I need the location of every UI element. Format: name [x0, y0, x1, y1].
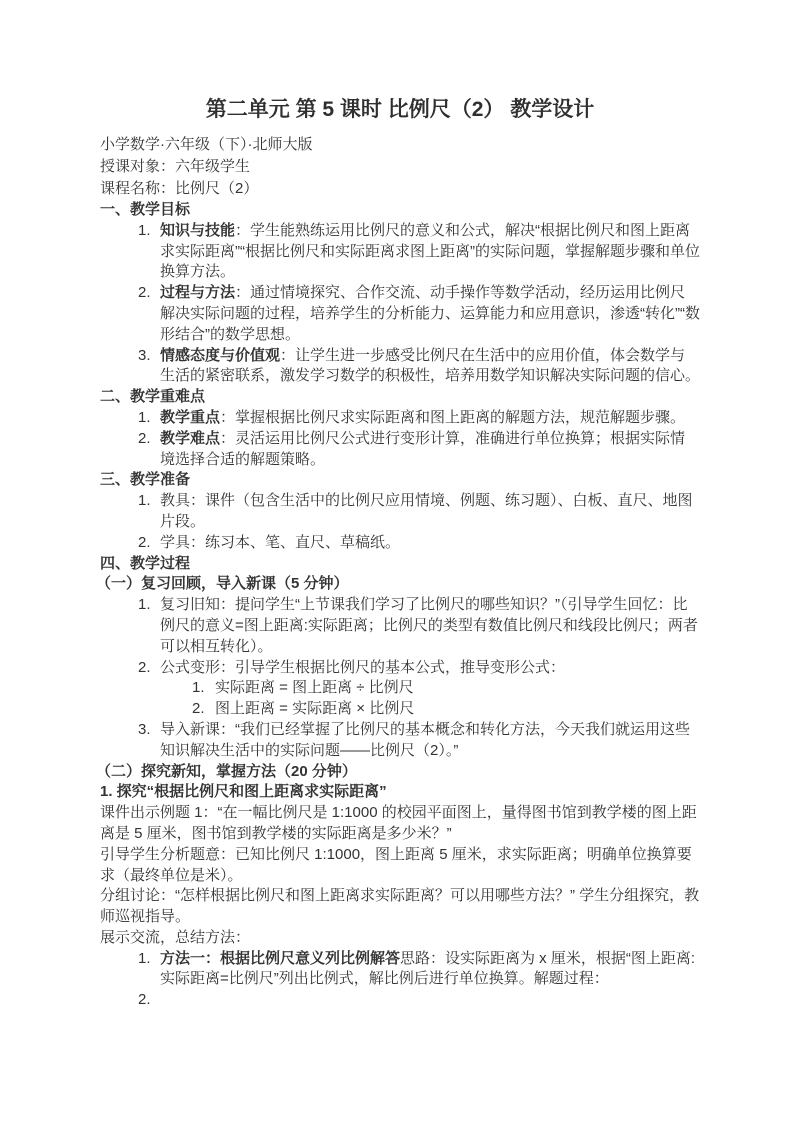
document-title: 第二单元 第 5 课时 比例尺（2） 教学设计 — [100, 96, 700, 124]
document-page: 第二单元 第 5 课时 比例尺（2） 教学设计 小学数学·六年级（下）·北师大版… — [0, 0, 794, 1123]
item-lead: 情感态度与价值观 — [160, 347, 280, 364]
item-text: 复习旧知：提问学生“上节课我们学习了比例尺的哪些知识？”（引导学生回忆：比例尺的… — [160, 596, 698, 655]
paragraph-example: 课件出示例题 1：“在一幅比例尺是 1:1000 的校园平面图上，量得图书馆到教… — [100, 803, 700, 845]
document-content: 第二单元 第 5 课时 比例尺（2） 教学设计 小学数学·六年级（下）·北师大版… — [0, 0, 794, 1011]
list-item: 方法一：根据比例尺意义列比例解答思路：设实际距离为 x 厘米，根据“图上距离:实… — [100, 949, 700, 991]
list-item — [100, 990, 700, 1011]
list-item: 教学重点：掌握根据比例尺求实际距离和图上距离的解题方法，规范解题步骤。 — [100, 408, 700, 429]
list-item: 知识与技能：学生能熟练运用比例尺的意义和公式，解决“根据比例尺和图上距离求实际距… — [100, 221, 700, 283]
item-lead: 知识与技能 — [160, 222, 235, 239]
meta-course: 课程名称：比例尺（2） — [100, 178, 700, 200]
meta-edition: 小学数学·六年级（下）·北师大版 — [100, 134, 700, 156]
item-text: 学具：练习本、笔、直尺、草稿纸。 — [160, 534, 400, 551]
item-lead: 方法一：根据比例尺意义列比例解答 — [160, 950, 400, 967]
item-text: 导入新课：“我们已经掌握了比例尺的基本概念和转化方法，今天我们就运用这些知识解决… — [160, 721, 690, 759]
list-item: 复习旧知：提问学生“上节课我们学习了比例尺的哪些知识？”（引导学生回忆：比例尺的… — [100, 595, 700, 657]
formula-list: 实际距离 = 图上距离 ÷ 比例尺 图上距离 = 实际距离 × 比例尺 — [160, 678, 700, 720]
paragraph-analysis: 引导学生分析题意：已知比例尺 1:1000，图上距离 5 厘米，求实际距离；明确… — [100, 845, 700, 887]
review-list: 复习旧知：提问学生“上节课我们学习了比例尺的哪些知识？”（引导学生回忆：比例尺的… — [100, 595, 700, 761]
formula-item: 实际距离 = 图上距离 ÷ 比例尺 — [160, 678, 700, 699]
section-heading-preparation: 三、教学准备 — [100, 470, 700, 491]
section-heading-goals: 一、教学目标 — [100, 200, 700, 221]
meta-audience: 授课对象：六年级学生 — [100, 156, 700, 178]
section-heading-key-points: 二、教学重难点 — [100, 387, 700, 408]
explore-title: 1. 探究“根据比例尺和图上距离求实际距离” — [100, 782, 700, 803]
item-text: ：通过情境探究、合作交流、动手操作等数学活动，经历运用比例尺解决实际问题的过程，… — [160, 284, 700, 343]
list-item: 导入新课：“我们已经掌握了比例尺的基本概念和转化方法，今天我们就运用这些知识解决… — [100, 720, 700, 762]
paragraph-summary-lead: 展示交流，总结方法： — [100, 928, 700, 949]
section-heading-process: 四、教学过程 — [100, 554, 700, 575]
list-item: 教学难点：灵活运用比例尺公式进行变形计算，准确进行单位换算；根据实际情境选择合适… — [100, 429, 700, 471]
preparation-list: 教具：课件（包含生活中的比例尺应用情境、例题、练习题）、白板、直尺、地图片段。 … — [100, 491, 700, 553]
item-lead: 过程与方法 — [160, 284, 235, 301]
item-lead: 教学难点 — [160, 430, 220, 447]
item-text: 公式变形：引导学生根据比例尺的基本公式，推导变形公式： — [160, 659, 565, 676]
paragraph-discussion: 分组讨论：“怎样根据比例尺和图上距离求实际距离？可以用哪些方法？” 学生分组探究… — [100, 886, 700, 928]
list-item: 情感态度与价值观：让学生进一步感受比例尺在生活中的应用价值，体会数学与生活的紧密… — [100, 346, 700, 388]
item-text: ：掌握根据比例尺求实际距离和图上距离的解题方法，规范解题步骤。 — [220, 409, 685, 426]
formula-text: 图上距离 = 实际距离 × 比例尺 — [215, 700, 414, 717]
list-item: 公式变形：引导学生根据比例尺的基本公式，推导变形公式： 实际距离 = 图上距离 … — [100, 658, 700, 720]
item-text: ：灵活运用比例尺公式进行变形计算，准确进行单位换算；根据实际情境选择合适的解题策… — [160, 430, 685, 468]
item-text: 教具：课件（包含生活中的比例尺应用情境、例题、练习题）、白板、直尺、地图片段。 — [160, 492, 693, 530]
formula-item: 图上距离 = 实际距离 × 比例尺 — [160, 699, 700, 720]
key-points-list: 教学重点：掌握根据比例尺求实际距离和图上距离的解题方法，规范解题步骤。 教学难点… — [100, 408, 700, 470]
item-lead: 教学重点 — [160, 409, 220, 426]
formula-text: 实际距离 = 图上距离 ÷ 比例尺 — [215, 679, 414, 696]
list-item: 学具：练习本、笔、直尺、草稿纸。 — [100, 533, 700, 554]
subsection-heading-explore: （二）探究新知，掌握方法（20 分钟） — [96, 762, 700, 783]
methods-list: 方法一：根据比例尺意义列比例解答思路：设实际距离为 x 厘米，根据“图上距离:实… — [100, 949, 700, 1011]
list-item: 教具：课件（包含生活中的比例尺应用情境、例题、练习题）、白板、直尺、地图片段。 — [100, 491, 700, 533]
subsection-heading-review: （一）复习回顾，导入新课（5 分钟） — [96, 574, 700, 595]
item-text: ：学生能熟练运用比例尺的意义和公式，解决“根据比例尺和图上距离求实际距离”“根据… — [160, 222, 700, 281]
goals-list: 知识与技能：学生能熟练运用比例尺的意义和公式，解决“根据比例尺和图上距离求实际距… — [100, 221, 700, 387]
list-item: 过程与方法：通过情境探究、合作交流、动手操作等数学活动，经历运用比例尺解决实际问… — [100, 283, 700, 345]
